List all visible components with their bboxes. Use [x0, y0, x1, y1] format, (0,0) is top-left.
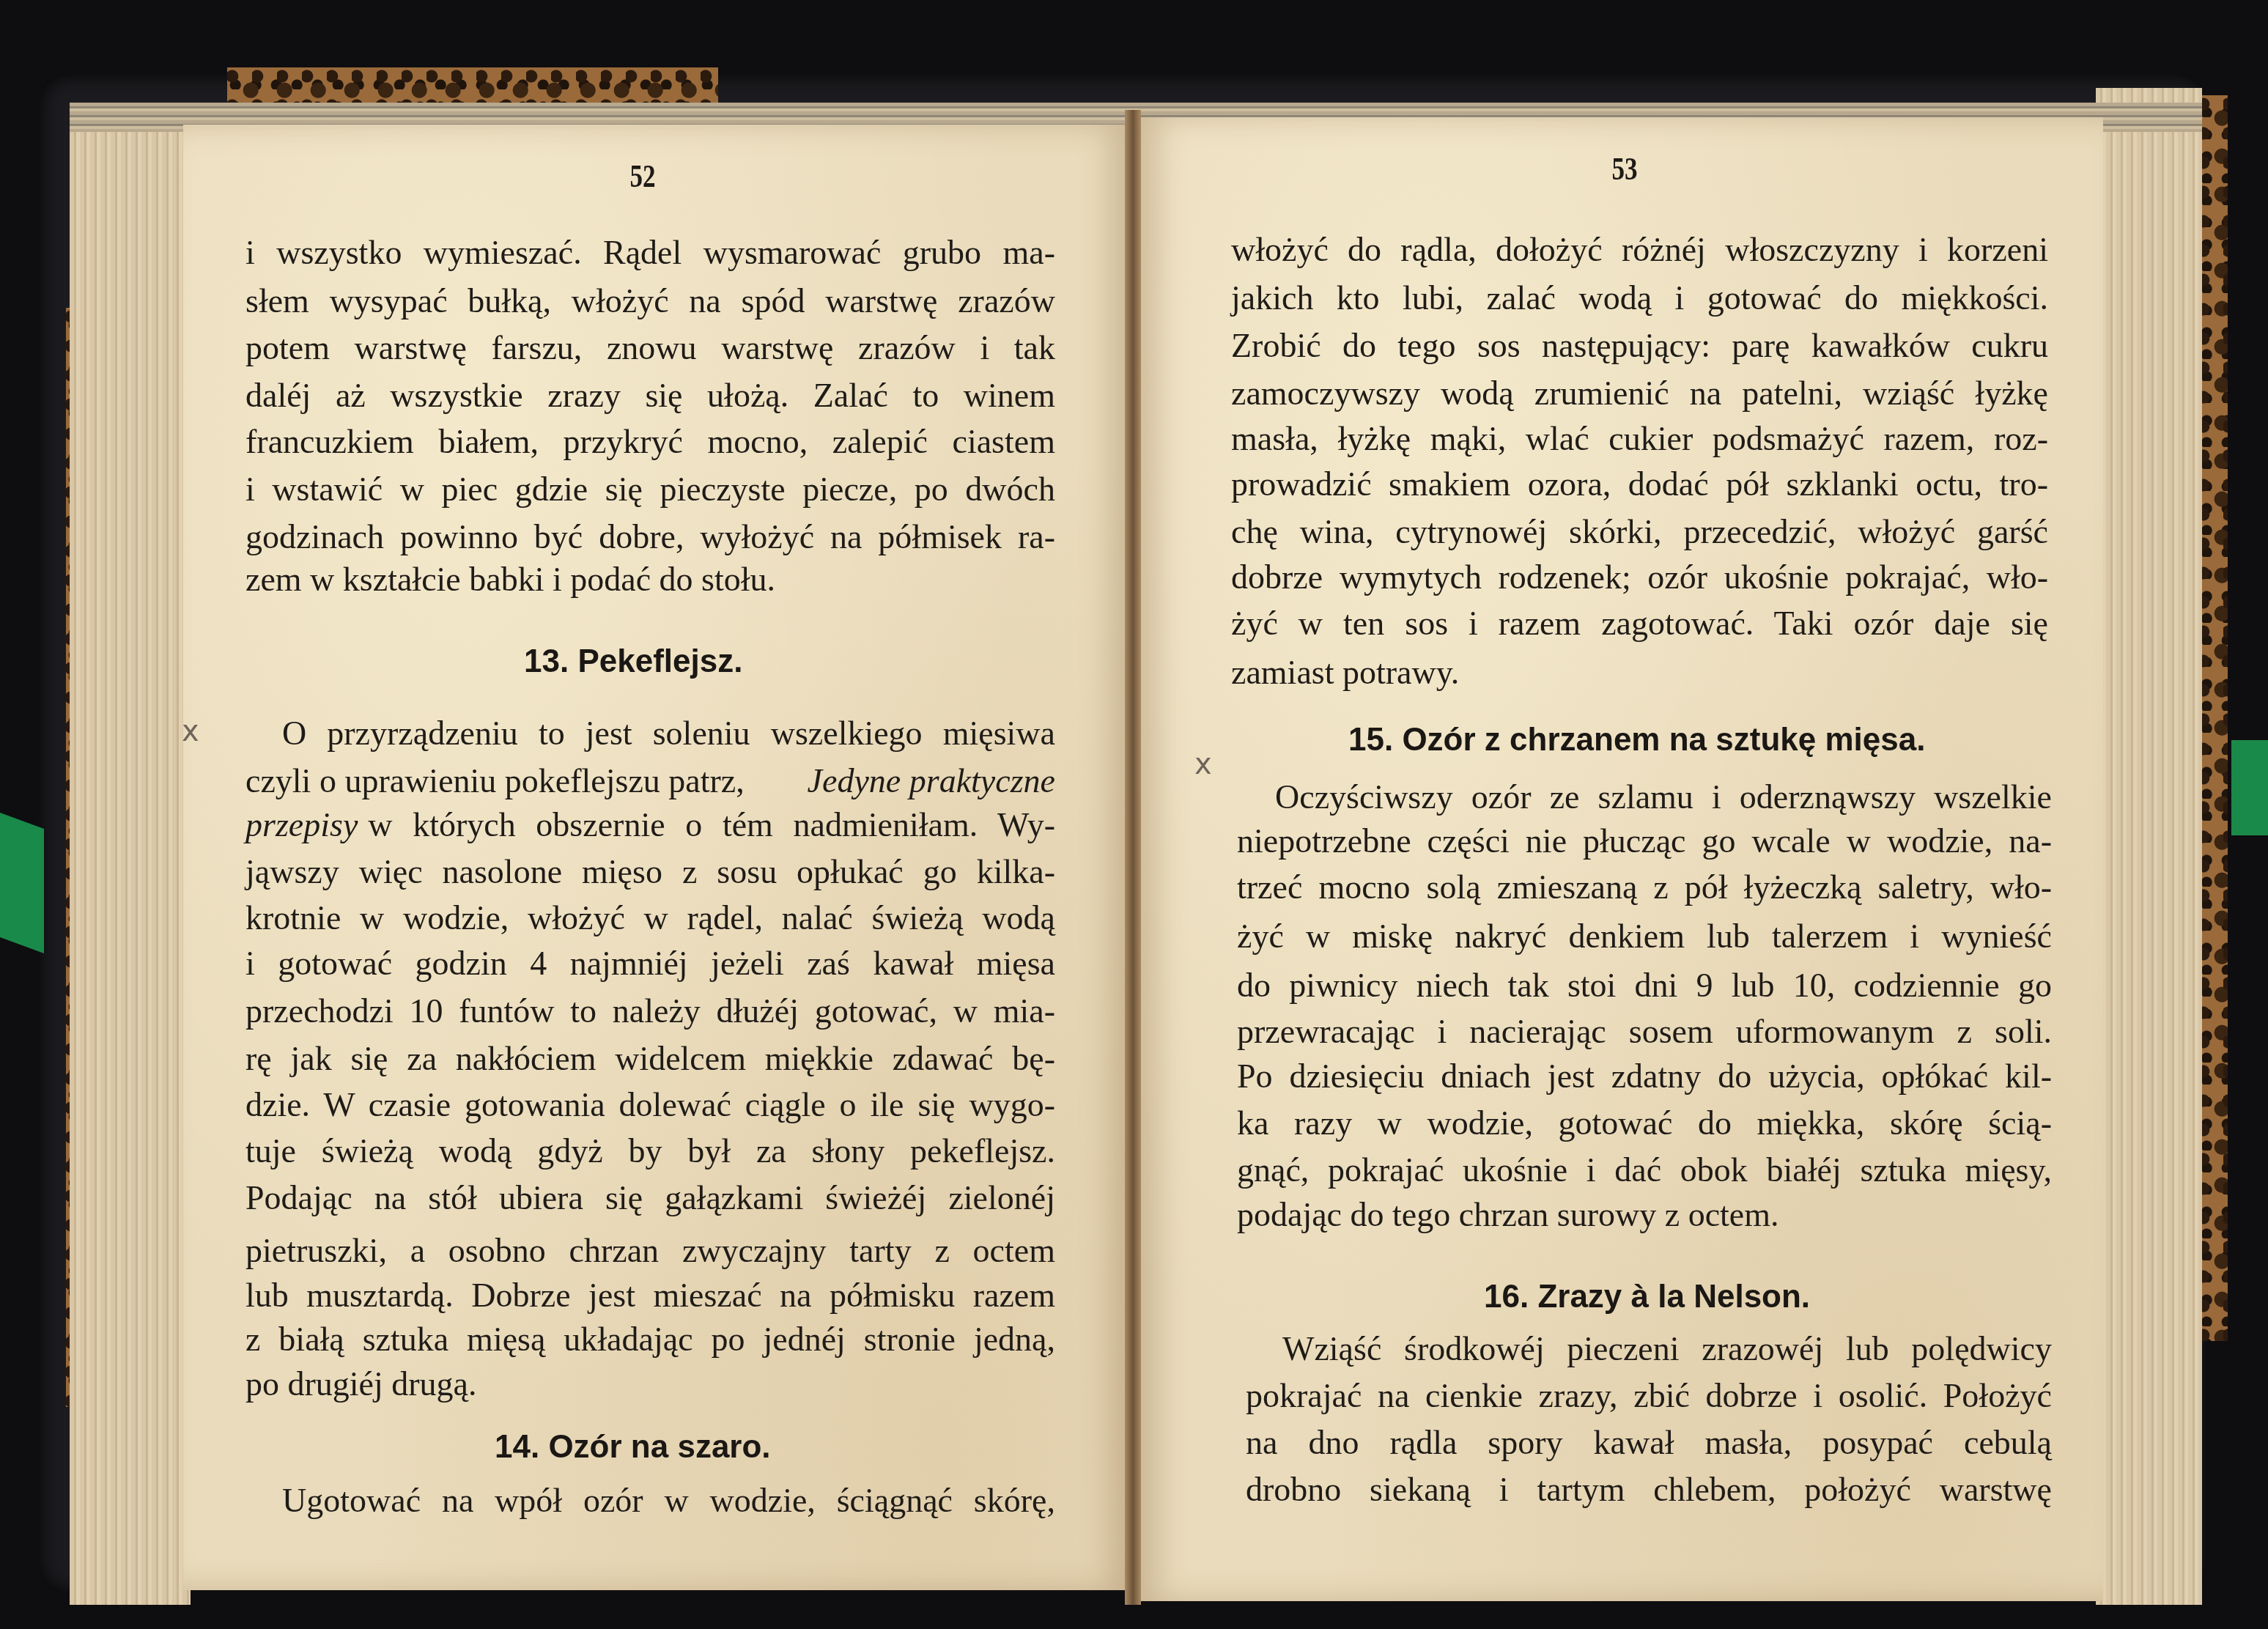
marbled-cover-edge-right [2198, 95, 2228, 1341]
text-line: lub musztardą. Dobrze jest mieszać na pó… [245, 1279, 1055, 1312]
text-line: na dno rądla spory kawał masła, posypać … [1246, 1426, 2052, 1460]
text-line: i gotować godzin 4 najmniéj jeżeli zaś k… [245, 947, 1055, 980]
text-line: zamoczywszy wodą zrumienić na patelni, w… [1231, 377, 2048, 410]
text-line: pokrajać na cienkie zrazy, zbić dobrze i… [1246, 1379, 2052, 1413]
text-line: drobno siekaną i tartym chlebem, położyć… [1246, 1473, 2052, 1507]
text-line: z białą sztuka mięsą układając po jednéj… [245, 1323, 1055, 1356]
text-line: gnąć, pokrajać ukośnie i dać obok białéj… [1237, 1153, 2052, 1187]
page-number-left: 52 [629, 158, 655, 195]
text-line: godzinach powinno być dobre, wyłożyć na … [245, 520, 1055, 554]
text-line: potem warstwę farszu, znowu warstwę zraz… [245, 331, 1055, 365]
text-line: i wstawić w piec gdzie się pieczyste pie… [245, 473, 1055, 506]
text-line: po drugiéj drugą. [245, 1367, 477, 1401]
pencil-mark-x: x [182, 714, 199, 748]
book-gutter [1125, 110, 1141, 1605]
text-line: francuzkiem białem, przykryć mocno, zale… [245, 425, 1055, 459]
book-reference-italic: przepisy [245, 808, 358, 842]
text-line: Oczyściwszy ozór ze szlamu i oderznąwszy… [1275, 780, 2052, 814]
text-line: zem w kształcie babki i podać do stołu. [245, 563, 775, 596]
page-block-left-edge [70, 103, 191, 1605]
text-line: niepotrzebne części nie płucząc go wcale… [1237, 824, 2052, 858]
text-span: czyli o uprawieniu pokeflejszu patrz, [245, 764, 745, 798]
text-line: dzie. W czasie gotowania dolewać ciągle … [245, 1088, 1055, 1122]
text-line: przechodzi 10 funtów to należy dłużéj go… [245, 994, 1055, 1028]
text-line: Po dziesięciu dniach jest zdatny do użyc… [1237, 1060, 2052, 1093]
text-line: żyć w miskę nakryć denkiem lub talerzem … [1237, 920, 2052, 953]
text-line: krotnie w wodzie, włożyć w rądel, nalać … [245, 901, 1055, 935]
text-line: słem wysypać bułką, włożyć na spód warst… [245, 284, 1055, 318]
text-line: podając do tego chrzan surowy z octem. [1237, 1198, 1779, 1232]
text-line: przewracając i nacierając sosem uformowa… [1237, 1015, 2052, 1049]
text-line: dobrze wymytych rodzenek; ozór ukośnie p… [1231, 561, 2048, 594]
text-line: jakich kto lubi, zalać wodą i gotować do… [1231, 281, 2048, 315]
text-line: Ugotować na wpół ozór w wodzie, ściągnąć… [282, 1484, 1055, 1518]
text-span: w których obszernie o tém nadmieniłam. W… [368, 808, 1055, 842]
text-line: daléj aż wszystkie zrazy się ułożą. Zala… [245, 379, 1055, 413]
text-line: jąwszy więc nasolone mięso z sosu opłuka… [245, 855, 1055, 889]
text-line: Podając na stół ubiera się gałązkami świ… [245, 1181, 1055, 1215]
text-line: zamiast potrawy. [1231, 656, 1459, 690]
text-line: czyli o uprawieniu pokeflejszu patrz, Je… [245, 764, 1055, 798]
text-line: i wszystko wymieszać. Rądel wysmarować g… [245, 236, 1055, 270]
text-line: Wziąść środkowéj pieczeni zrazowéj lub p… [1282, 1332, 2052, 1366]
marbled-cover-edge-top [227, 67, 718, 104]
recipe-heading-14: 14. Ozór na szaro. [495, 1429, 771, 1466]
text-line: przepisy w których obszernie o tém nadmi… [245, 808, 1055, 842]
text-line: włożyć do rądla, dołożyć różnéj włoszczy… [1231, 233, 2048, 267]
page-number-right: 53 [1611, 150, 1637, 188]
recipe-heading-13: 13. Pekeflejsz. [524, 643, 742, 680]
text-line: tuje świeżą wodą gdyż by był za słony pe… [245, 1134, 1055, 1168]
green-bookmark-right [2231, 740, 2268, 835]
recipe-heading-15: 15. Ozór z chrzanem na sztukę mięsa. [1348, 722, 1925, 758]
text-line: do piwnicy niech tak stoi dni 9 lub 10, … [1237, 969, 2052, 1002]
text-line: trzeć mocno solą zmieszaną z pół łyżeczk… [1237, 871, 2052, 904]
text-line: masła, łyżkę mąki, wlać cukier podsmażyć… [1231, 422, 2048, 456]
text-line: rę jak się za nakłóciem widelcem miękkie… [245, 1042, 1055, 1076]
text-line: O przyrządzeniu to jest soleniu wszelkie… [282, 717, 1055, 750]
text-line: ka razy w wodzie, gotować do miękka, skó… [1237, 1107, 2052, 1140]
page-block-right-edge [2096, 88, 2202, 1605]
recipe-heading-16: 16. Zrazy à la Nelson. [1484, 1279, 1810, 1315]
book-reference-italic: Jedyne praktyczne [808, 764, 1055, 798]
green-bookmark-left [0, 813, 44, 953]
text-line: prowadzić smakiem ozora, dodać pół szkla… [1231, 468, 2048, 501]
text-line: Zrobić do tego sos następujący: parę kaw… [1231, 329, 2048, 363]
pencil-mark-x: x [1194, 747, 1212, 781]
text-line: chę wina, cytrynowéj skórki, przecedzić,… [1231, 515, 2048, 549]
text-line: żyć w ten sos i razem zagotować. Taki oz… [1231, 607, 2048, 640]
text-line: pietruszki, a osobno chrzan zwyczajny ta… [245, 1234, 1055, 1268]
